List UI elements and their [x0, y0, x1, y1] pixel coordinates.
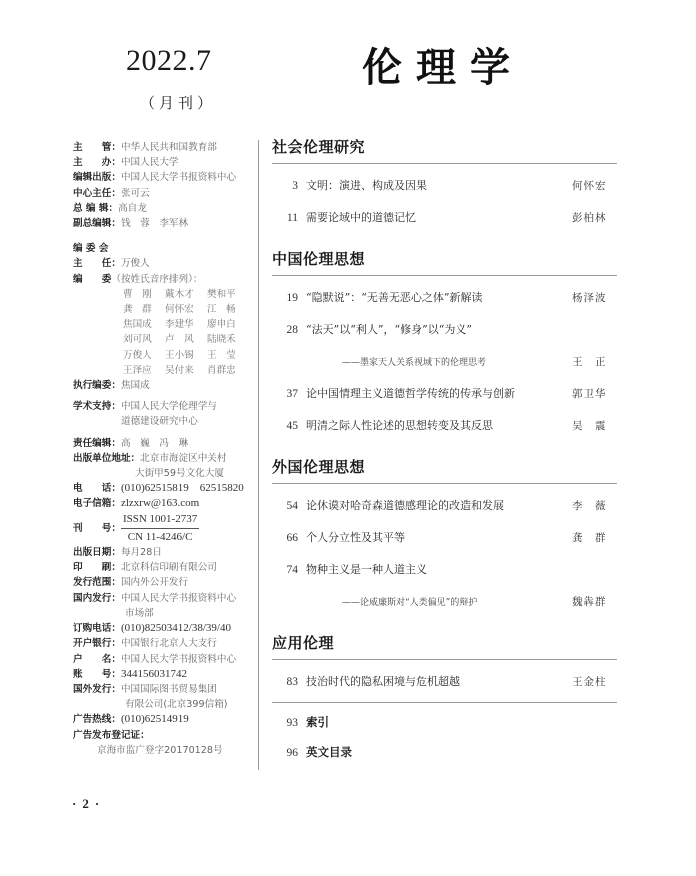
issn-cn-box: ISSN 1001-2737 CN 11-4246/C: [121, 512, 199, 545]
toc-entry-subtitle[interactable]: ——墨家天人关系视域下的伦理思考 王 正: [272, 346, 622, 378]
toc-title: 物种主义是一种人道主义: [306, 554, 572, 586]
masthead: 主 管：中华人民共和国教育部 主 办：中国人民大学 编辑出版：中国人民大学书报资…: [73, 140, 253, 758]
toc-author: 吴 震: [572, 410, 622, 442]
masthead-phone: 电 话：(010)62515819 62515820: [73, 481, 253, 496]
committee-member: 何怀宏: [165, 302, 207, 317]
toc-title: 文明：演进、构成及因果: [306, 170, 572, 202]
masthead-address: 出版单位地址：北京市海淀区中关村: [73, 451, 253, 466]
masthead-committee-director: 主 任：万俊人: [73, 256, 253, 271]
toc-author: 杨泽波: [572, 282, 622, 314]
toc-author: 彭柏林: [572, 202, 622, 234]
toc-entry[interactable]: 74 物种主义是一种人道主义: [272, 554, 622, 586]
toc-entry-subtitle[interactable]: ——论威廉斯对“人类偏见”的辩护 魏犇群: [272, 586, 622, 618]
committee-member: 王 莹: [207, 348, 249, 363]
toc-page: 54: [272, 490, 306, 522]
committee-member: 戴木才: [165, 287, 207, 302]
column-divider: [258, 140, 259, 770]
toc-entry[interactable]: 3 文明：演进、构成及因果 何怀宏: [272, 170, 622, 202]
committee-member: 万俊人: [123, 348, 165, 363]
committee-member: 肖群忠: [207, 363, 249, 378]
toc-entry[interactable]: 83 技治时代的隐私困境与危机超越 王金柱: [272, 666, 622, 698]
journal-title: 伦理学: [362, 36, 524, 93]
toc-author: 何怀宏: [572, 170, 622, 202]
toc-author: 李 薇: [572, 490, 622, 522]
masthead-academic-support: 学术支持：中国人民大学伦理学与: [73, 399, 253, 414]
toc-title: 技治时代的隐私困境与危机超越: [306, 666, 572, 698]
toc-entry[interactable]: 11 需要论域中的道德记忆 彭柏林: [272, 202, 622, 234]
committee-member: 吴付来: [165, 363, 207, 378]
toc-author: 王金柱: [572, 666, 622, 698]
section-heading-social-ethics: 社会伦理研究: [272, 136, 617, 164]
masthead-bank: 开户银行：中国银行北京人大支行: [73, 636, 253, 651]
toc-entry[interactable]: 45 明清之际人性论述的思想转变及其反思 吴 震: [272, 410, 622, 442]
masthead-ad-hotline: 广告热线：(010)62514919: [73, 712, 253, 727]
masthead-order-phone: 订购电话：(010)82503412/38/39/40: [73, 621, 253, 636]
toc-entry[interactable]: 54 论休谟对哈奇森道德感理论的改造和发展 李 薇: [272, 490, 622, 522]
toc-subtitle: ——论威廉斯对“人类偏见”的辩护: [306, 587, 572, 619]
masthead-executive-editor: 执行编委：焦国成: [73, 378, 253, 393]
toc-title: “隐默说”：“无善无恶心之体”新解读: [306, 282, 572, 314]
section-heading-chinese-ethics: 中国伦理思想: [272, 248, 617, 276]
committee-member: 陆晓禾: [207, 332, 249, 347]
masthead-address-cont: 大街甲59号文化大厦: [73, 466, 253, 481]
toc-entry[interactable]: 66 个人分立性及其平等 龚 群: [272, 522, 622, 554]
toc-page: 3: [272, 170, 306, 202]
masthead-editor-publisher: 编辑出版：中国人民大学书报资料中心: [73, 170, 253, 185]
publication-frequency: （月刊）: [140, 92, 216, 113]
section-divider: [272, 702, 617, 703]
masthead-serial-number: 刊 号： ISSN 1001-2737 CN 11-4246/C: [73, 512, 253, 545]
committee-member: 龚 群: [123, 302, 165, 317]
toc-title: 明清之际人性论述的思想转变及其反思: [306, 410, 572, 442]
toc-author: 郭卫华: [572, 378, 622, 410]
committee-member: 王小锡: [165, 348, 207, 363]
toc-page: 28: [272, 314, 306, 346]
toc-page: 96: [272, 738, 306, 768]
committee-member: 江 畅: [207, 302, 249, 317]
masthead-center-director: 中心主任：张可云: [73, 186, 253, 201]
page-number: ·2·: [72, 796, 105, 812]
toc-title: “法天”以“利人”，“修身”以“为义”: [306, 314, 572, 346]
masthead-deputy-editors: 副总编辑：钱 蓉 李军林: [73, 216, 253, 231]
masthead-account-number: 账 号：344156031742: [73, 667, 253, 682]
toc-author: 王 正: [572, 346, 622, 378]
toc-entry[interactable]: 19 “隐默说”：“无善无恶心之体”新解读 杨泽波: [272, 282, 622, 314]
masthead-sponsor: 主 办：中国人民大学: [73, 155, 253, 170]
committee-member: 焦国成: [123, 317, 165, 332]
toc-title: 个人分立性及其平等: [306, 522, 572, 554]
committee-member: 卢 风: [165, 332, 207, 347]
toc-title: 论中国情理主义道德哲学传统的传承与创新: [306, 378, 572, 410]
toc-entry[interactable]: 37 论中国情理主义道德哲学传统的传承与创新 郭卫华: [272, 378, 622, 410]
masthead-responsible-editors: 责任编辑：高 巍 冯 琳: [73, 436, 253, 451]
toc-entry-english-contents[interactable]: 96 英文目录: [272, 737, 622, 767]
masthead-printing: 印 刷：北京科信印刷有限公司: [73, 560, 253, 575]
toc-page: 11: [272, 202, 306, 234]
masthead-email: 电子信箱：zlzxrw@163.com: [73, 496, 253, 511]
section-heading-foreign-ethics: 外国伦理思想: [272, 456, 617, 484]
issue-number: 2022.7: [126, 44, 212, 78]
toc-page: 66: [272, 522, 306, 554]
toc-title: 论休谟对哈奇森道德感理论的改造和发展: [306, 490, 572, 522]
committee-member: 曹 刚: [123, 287, 165, 302]
toc-page: 74: [272, 554, 306, 586]
masthead-ad-registration: 广告发布登记证：: [73, 728, 253, 743]
masthead-committee-heading: 编 委 会: [73, 241, 253, 256]
masthead-academic-support-cont: 道德建设研究中心: [73, 414, 253, 429]
issn-number: ISSN 1001-2737: [121, 512, 199, 529]
toc-entry-index[interactable]: 93 索引: [272, 707, 622, 737]
committee-member: 王泽应: [123, 363, 165, 378]
section-heading-applied-ethics: 应用伦理: [272, 632, 617, 660]
masthead-supervisor: 主 管：中华人民共和国教育部: [73, 140, 253, 155]
toc-title: 索引: [306, 707, 622, 737]
toc-page: 45: [272, 410, 306, 442]
masthead-publish-date: 出版日期：每月28日: [73, 545, 253, 560]
toc-entry[interactable]: 28 “法天”以“利人”，“修身”以“为义”: [272, 314, 622, 346]
toc-author: 龚 群: [572, 522, 622, 554]
masthead-ad-registration-value: 京海市监广登字20170128号: [73, 743, 253, 758]
toc-title: 英文目录: [306, 737, 622, 767]
masthead-domestic-distribution: 国内发行：中国人民大学书报资料中心: [73, 591, 253, 606]
toc-page: 37: [272, 378, 306, 410]
toc-author: 魏犇群: [572, 586, 622, 618]
toc-page: 19: [272, 282, 306, 314]
masthead-account-name: 户 名：中国人民大学书报资料中心: [73, 652, 253, 667]
toc-page: 93: [272, 708, 306, 738]
masthead-committee-members-label: 编 委（按姓氏音序排列）：: [73, 272, 253, 287]
toc-title: 需要论域中的道德记忆: [306, 202, 572, 234]
committee-member: 廖申白: [207, 317, 249, 332]
toc-subtitle: ——墨家天人关系视域下的伦理思考: [306, 347, 572, 379]
masthead-overseas-distribution: 国外发行：中国国际图书贸易集团: [73, 682, 253, 697]
masthead-domestic-distribution-cont: 市场部: [73, 606, 253, 621]
committee-member: 李建华: [165, 317, 207, 332]
committee-member-list: 曹 刚 戴木才 樊和平 龚 群 何怀宏 江 畅 焦国成 李建华 廖申白 刘可风 …: [73, 287, 253, 378]
committee-member: 刘可风: [123, 332, 165, 347]
table-of-contents: 社会伦理研究 3 文明：演进、构成及因果 何怀宏 11 需要论域中的道德记忆 彭…: [272, 136, 622, 767]
toc-page: 83: [272, 666, 306, 698]
committee-member: 樊和平: [207, 287, 249, 302]
masthead-distribution-scope: 发行范围：国内外公开发行: [73, 575, 253, 590]
masthead-overseas-distribution-cont: 有限公司(北京399信箱): [73, 697, 253, 712]
masthead-editor-in-chief: 总 编 辑：高自龙: [73, 201, 253, 216]
cn-number: CN 11-4246/C: [121, 529, 199, 545]
